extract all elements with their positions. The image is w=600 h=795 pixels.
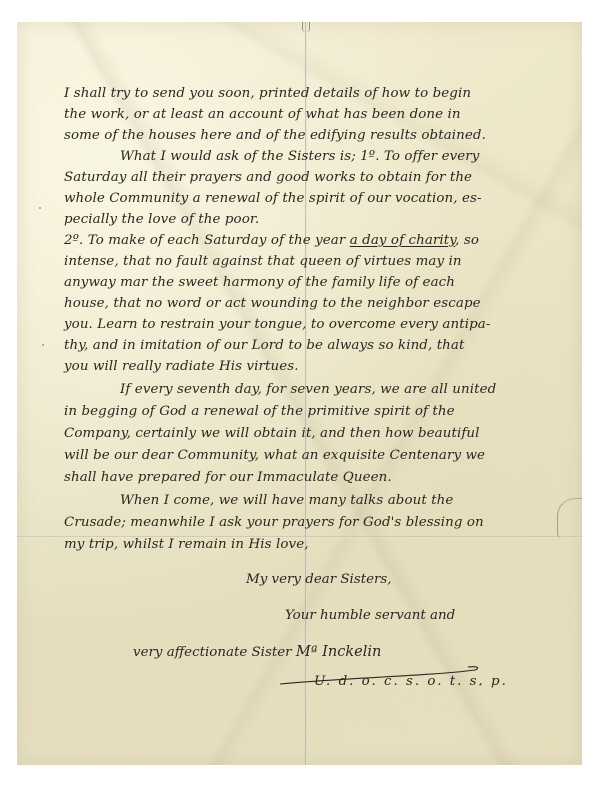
body-line: Saturday all their prayers and good work… [64, 168, 472, 188]
closing-salutation: My very dear Sisters, [246, 570, 392, 590]
body-line: will be our dear Community, what an exqu… [64, 446, 485, 466]
closing-prefix: very affectionate Sister [133, 645, 292, 660]
body-line: pecially the love of the poor. [64, 210, 259, 230]
body-line: intense, that no fault against that quee… [64, 252, 462, 272]
body-line: thy, and in imitation of our Lord to be … [64, 336, 464, 356]
body-line: Company, certainly we will obtain it, an… [64, 424, 480, 444]
line-text-after: , so [455, 233, 479, 248]
right-edge-tear [557, 498, 582, 539]
body-line: whole Community a renewal of the spirit … [64, 189, 482, 209]
body-line-indented: What I would ask of the Sisters is; 1º. … [64, 147, 479, 167]
body-line: shall have prepared for our Immaculate Q… [64, 468, 392, 488]
signature-initials: U. d. o. c. s. o. t. s. p. [314, 672, 508, 692]
body-line: my trip, whilst I remain in His love, [64, 535, 309, 555]
body-line: some of the houses here and of the edify… [64, 126, 486, 146]
body-line: anyway mar the sweet harmony of the fami… [64, 273, 455, 293]
underlined-phrase: a day of charity [350, 233, 455, 248]
paper-speck [39, 207, 41, 209]
body-line-indented: When I come, we will have many talks abo… [64, 491, 453, 511]
body-line: you will really radiate His virtues. [64, 357, 299, 377]
body-line: the work, or at least an account of what… [64, 105, 461, 125]
body-line: you. Learn to restrain your tongue, to o… [64, 315, 490, 335]
signature-name: Mª Inckelin [296, 644, 382, 660]
paper-speck [42, 344, 44, 346]
top-fold-tear [302, 22, 310, 32]
body-line: in begging of God a renewal of the primi… [64, 402, 455, 422]
closing-line-2: very affectionate Sister Mª Inckelin [133, 642, 381, 663]
body-line-with-underline: 2º. To make of each Saturday of the year… [64, 231, 479, 251]
body-line: house, that no word or act wounding to t… [64, 294, 481, 314]
body-line: Crusade; meanwhile I ask your prayers fo… [64, 513, 484, 533]
body-line-indented: If every seventh day, for seven years, w… [64, 380, 496, 400]
line-text-before: 2º. To make of each Saturday of the year [64, 233, 350, 248]
body-line: I shall try to send you soon, printed de… [64, 84, 471, 104]
closing-line-1: Your humble servant and [285, 606, 455, 626]
